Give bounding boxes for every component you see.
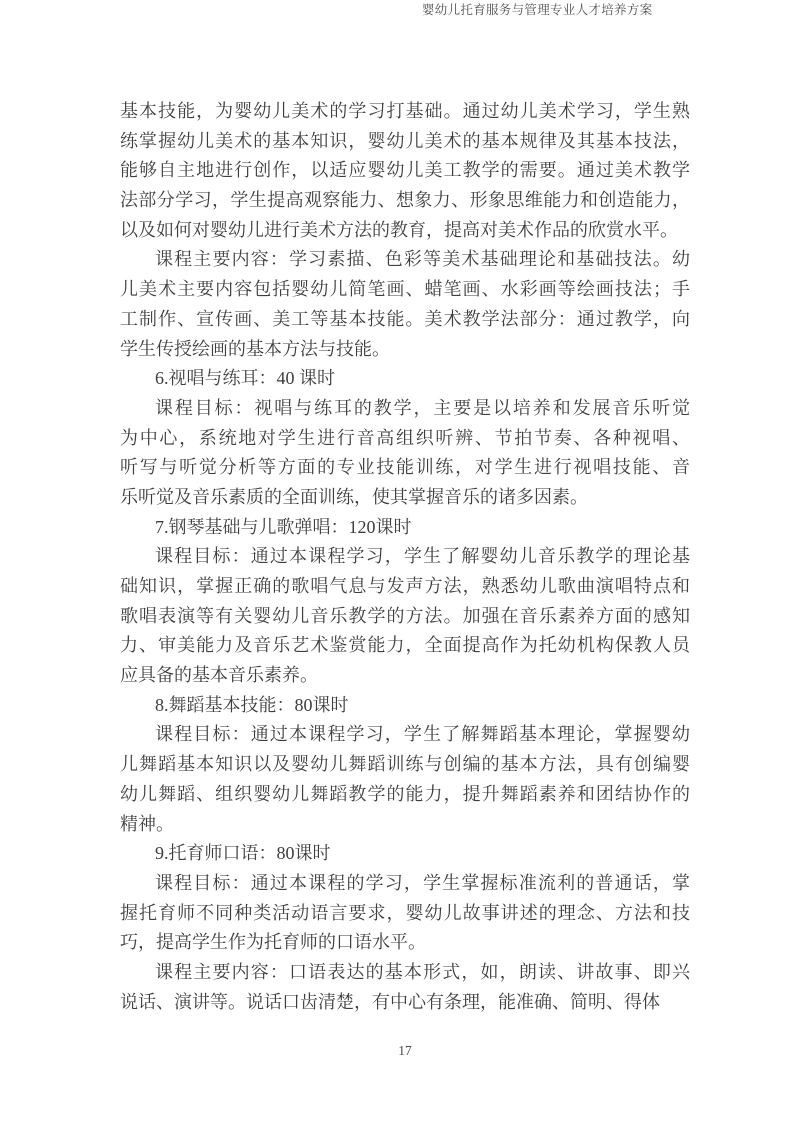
page-header-title: 婴幼儿托育服务与管理专业人才培养方案: [422, 3, 652, 18]
text-line: 课程目标：视唱与练耳的教学，主要是以培养和发展音乐听觉: [120, 394, 690, 424]
paragraph: 课程目标：通过本课程学习，学生了解舞蹈基本理论，掌握婴幼儿舞蹈基本知识以及婴幼儿…: [120, 720, 690, 839]
text-line: 7.钢琴基础与儿歌弹唱：120课时: [120, 513, 690, 543]
text-line: 课程目标：通过本课程学习，学生了解婴幼儿音乐教学的理论基: [120, 542, 690, 572]
text-line: 8.舞蹈基本技能：80课时: [120, 691, 690, 721]
paragraph: 9.托育师口语：80课时: [120, 839, 690, 869]
text-line: 说话、演讲等。说话口齿清楚，有中心有条理，能准确、简明、得体: [120, 988, 690, 1018]
text-line: 歌唱表演等有关婴幼儿音乐教学的方法。加强在音乐素养方面的感知: [120, 602, 690, 632]
paragraph: 8.舞蹈基本技能：80课时: [120, 691, 690, 721]
text-line: 课程目标：通过本课程学习，学生了解舞蹈基本理论，掌握婴幼: [120, 720, 690, 750]
text-line: 础知识，掌握正确的歌唱气息与发声方法，熟悉幼儿歌曲演唱特点和: [120, 572, 690, 602]
text-line: 法部分学习，学生提高观察能力、想象力、形象思维能力和创造能力，: [120, 186, 690, 216]
text-line: 学生传授绘画的基本方法与技能。: [120, 335, 690, 365]
page-number: 17: [120, 1043, 690, 1059]
text-line: 巧，提高学生作为托育师的口语水平。: [120, 928, 690, 958]
text-line: 儿美术主要内容包括婴幼儿简笔画、蜡笔画、水彩画等绘画技法；手: [120, 275, 690, 305]
text-line: 听写与听觉分析等方面的专业技能训练，对学生进行视唱技能、音: [120, 453, 690, 483]
paragraph: 课程目标：通过本课程的学习，学生掌握标准流利的普通话，掌握托育师不同种类活动语言…: [120, 869, 690, 958]
text-line: 乐听觉及音乐素质的全面训练，使其掌握音乐的诸多因素。: [120, 483, 690, 513]
text-line: 力、审美能力及音乐艺术鉴赏能力，全面提高作为托幼机构保教人员: [120, 631, 690, 661]
text-line: 儿舞蹈基本知识以及婴幼儿舞蹈训练与创编的基本方法，具有创编婴: [120, 750, 690, 780]
text-line: 应具备的基本音乐素养。: [120, 661, 690, 691]
text-line: 为中心，系统地对学生进行音高组织听辨、节拍节奏、各种视唱、: [120, 424, 690, 454]
paragraph: 7.钢琴基础与儿歌弹唱：120课时: [120, 513, 690, 543]
text-line: 工制作、宣传画、美工等基本技能。美术教学法部分：通过教学，向: [120, 305, 690, 335]
text-line: 握托育师不同种类活动语言要求，婴幼儿故事讲述的理念、方法和技: [120, 899, 690, 929]
text-line: 练掌握幼儿美术的基本知识，婴幼儿美术的基本规律及其基本技法，: [120, 127, 690, 157]
text-line: 课程目标：通过本课程的学习，学生掌握标准流利的普通话，掌: [120, 869, 690, 899]
paragraph: 6.视唱与练耳：40 课时: [120, 364, 690, 394]
text-line: 6.视唱与练耳：40 课时: [120, 364, 690, 394]
text-line: 以及如何对婴幼儿进行美术方法的教育，提高对美术作品的欣赏水平。: [120, 216, 690, 246]
document-body: 基本技能，为婴幼儿美术的学习打基础。通过幼儿美术学习，学生熟练掌握幼儿美术的基本…: [120, 97, 690, 1017]
paragraph: 课程目标：视唱与练耳的教学，主要是以培养和发展音乐听觉为中心，系统地对学生进行音…: [120, 394, 690, 513]
document-page: 婴幼儿托育服务与管理专业人才培养方案 基本技能，为婴幼儿美术的学习打基础。通过幼…: [0, 0, 800, 1130]
text-line: 能够自主地进行创作，以适应婴幼儿美工教学的需要。通过美术教学: [120, 156, 690, 186]
paragraph: 课程主要内容：口语表达的基本形式，如，朗读、讲故事、即兴说话、演讲等。说话口齿清…: [120, 958, 690, 1017]
paragraph: 课程目标：通过本课程学习，学生了解婴幼儿音乐教学的理论基础知识，掌握正确的歌唱气…: [120, 542, 690, 690]
text-line: 课程主要内容：口语表达的基本形式，如，朗读、讲故事、即兴: [120, 958, 690, 988]
paragraph: 课程主要内容：学习素描、色彩等美术基础理论和基础技法。幼儿美术主要内容包括婴幼儿…: [120, 245, 690, 364]
text-line: 精神。: [120, 810, 690, 840]
text-line: 基本技能，为婴幼儿美术的学习打基础。通过幼儿美术学习，学生熟: [120, 97, 690, 127]
paragraph: 基本技能，为婴幼儿美术的学习打基础。通过幼儿美术学习，学生熟练掌握幼儿美术的基本…: [120, 97, 690, 245]
text-line: 幼儿舞蹈、组织婴幼儿舞蹈教学的能力，提升舞蹈素养和团结协作的: [120, 780, 690, 810]
text-line: 课程主要内容：学习素描、色彩等美术基础理论和基础技法。幼: [120, 245, 690, 275]
text-line: 9.托育师口语：80课时: [120, 839, 690, 869]
